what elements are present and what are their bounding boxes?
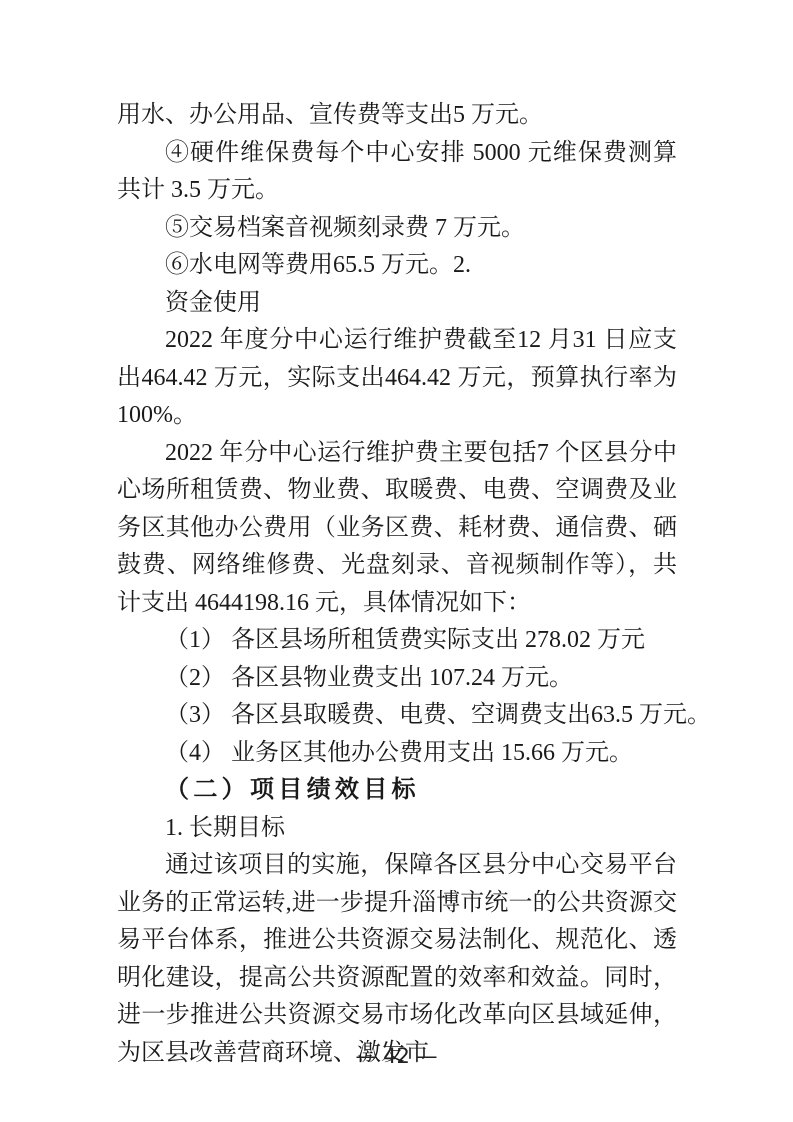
page-footer: — 42 — — [0, 1042, 793, 1070]
list-item: （3） 各区县取暖费、电费、空调费支出63.5 万元。 — [117, 697, 677, 735]
paragraph: 通过该项目的实施，保障各区县分中心交易平台业务的正常运转,进一步提升淄博市统一的… — [117, 847, 677, 1072]
paragraph: ⑤交易档案音视频刻录费 7 万元。 — [117, 210, 677, 248]
paragraph: 2022 年分中心运行维护费主要包括7 个区县分中心场所租赁费、物业费、取暖费、… — [117, 435, 677, 623]
paragraph: ⑥水电网等费用65.5 万元。2. — [117, 247, 677, 285]
list-item: （1） 各区县场所租赁费实际支出 278.02 万元 — [117, 622, 677, 660]
list-item: （2） 各区县物业费支出 107.24 万元。 — [117, 660, 677, 698]
page-number: — 42 — — [355, 1044, 437, 1068]
paragraph: 用水、办公用品、宣传费等支出5 万元。 — [117, 97, 677, 135]
paragraph: 资金使用 — [117, 285, 677, 323]
section-heading: （二）项目绩效目标 — [117, 772, 677, 810]
paragraph: 1. 长期目标 — [117, 810, 677, 848]
document-body: 用水、办公用品、宣传费等支出5 万元。④硬件维保费每个中心安排 5000 元维保… — [117, 97, 677, 1072]
paragraph: ④硬件维保费每个中心安排 5000 元维保费测算共计 3.5 万元。 — [117, 135, 677, 210]
paragraph: 2022 年度分中心运行维护费截至12 月31 日应支出464.42 万元，实际… — [117, 322, 677, 435]
document-page: 用水、办公用品、宣传费等支出5 万元。④硬件维保费每个中心安排 5000 元维保… — [0, 0, 793, 1122]
list-item: （4） 业务区其他办公费用支出 15.66 万元。 — [117, 735, 677, 773]
